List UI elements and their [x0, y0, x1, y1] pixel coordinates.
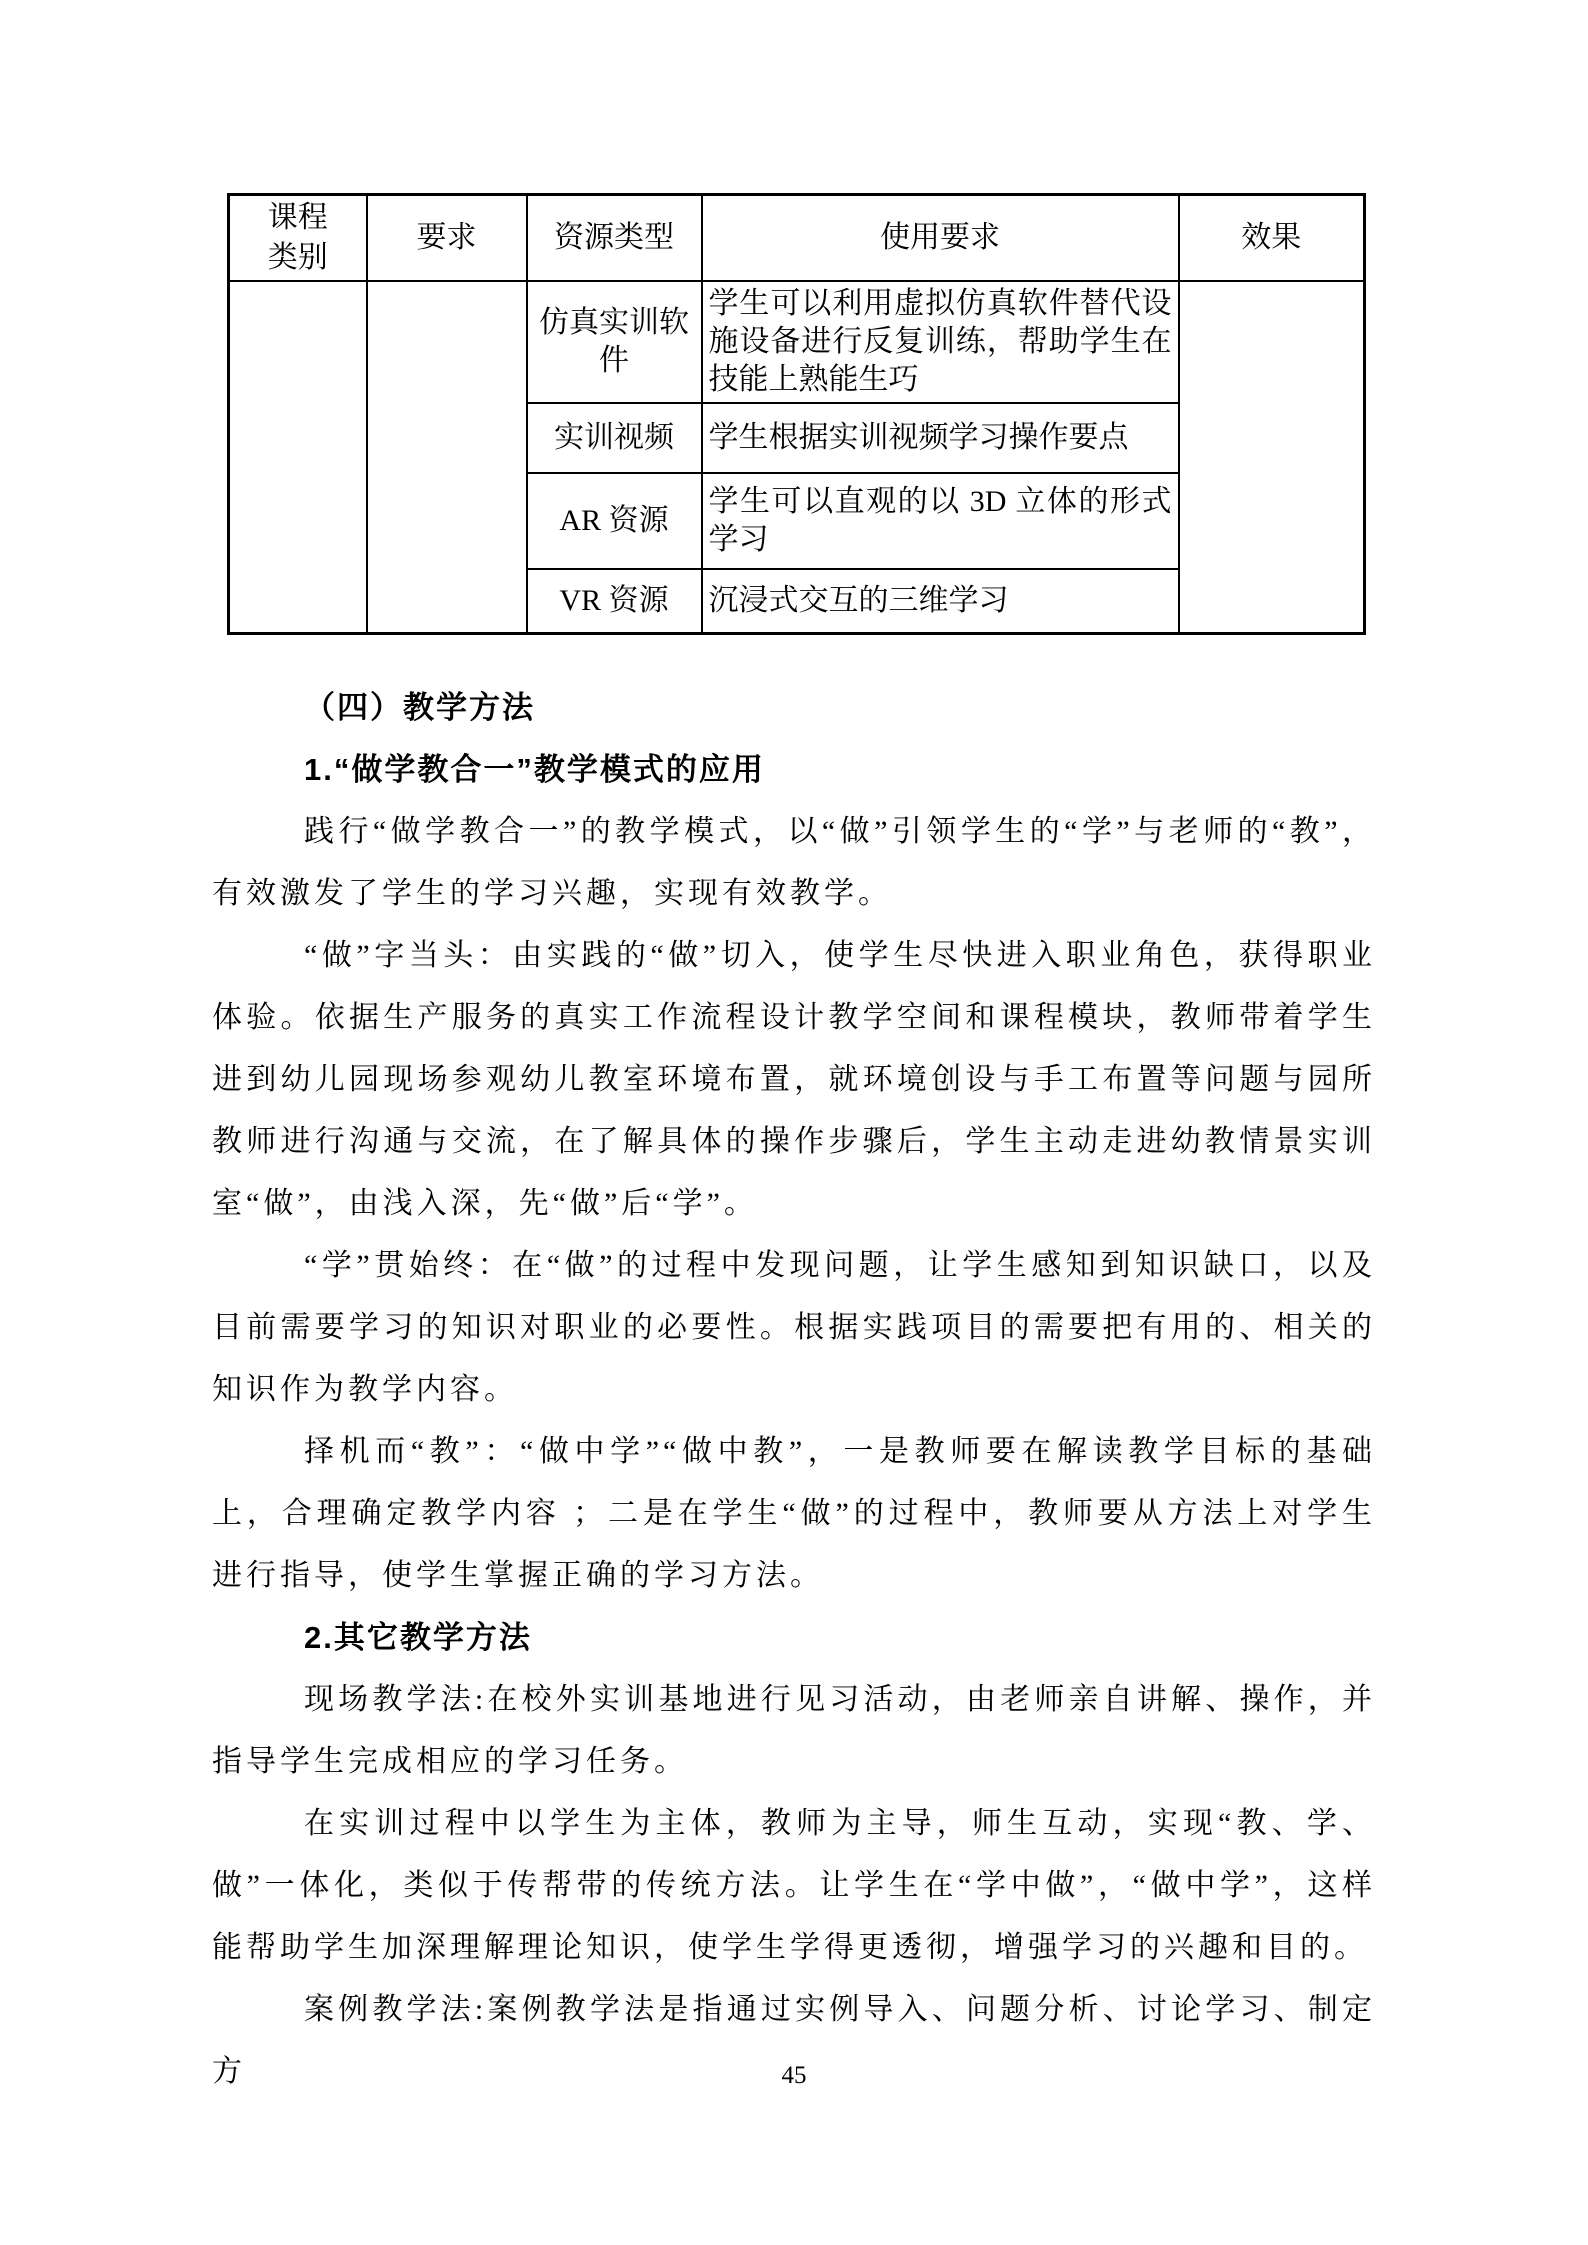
table-row: 仿真实训软件 学生可以利用虚拟仿真软件替代设施设备进行反复训练，帮助学生在技能上… [229, 281, 1365, 403]
col-header-effect: 效果 [1179, 195, 1365, 282]
document-page: 课程类别 要求 资源类型 使用要求 效果 仿真实训软件 学生可以利用虚拟仿真软件… [0, 0, 1588, 2245]
course-category-cell-empty [229, 281, 367, 633]
body-paragraph: 在实训过程中以学生为主体，教师为主导，师生互动，实现“教、学、做”一体化，类似于… [212, 1793, 1376, 1979]
body-paragraph: 践行“做学教合一”的教学模式，以“做”引领学生的“学”与老师的“教”，有效激发了… [212, 801, 1376, 925]
body-paragraph: “学”贯始终：在“做”的过程中发现问题，让学生感知到知识缺口，以及目前需要学习的… [212, 1235, 1376, 1421]
page-number: 45 [0, 2062, 1588, 2090]
col-header-course-category-label: 课程类别 [266, 198, 330, 278]
body-paragraph: 择机而“教”：“做中学”“做中教”，一是教师要在解读教学目标的基础上，合理确定教… [212, 1421, 1376, 1607]
col-header-requirement: 要求 [367, 195, 527, 282]
body-paragraph: 现场教学法:在校外实训基地进行见习活动，由老师亲自讲解、操作，并指导学生完成相应… [212, 1669, 1376, 1793]
resource-type-cell: 仿真实训软件 [527, 281, 702, 403]
col-header-resource-type: 资源类型 [527, 195, 702, 282]
usage-cell: 沉浸式交互的三维学习 [702, 569, 1179, 633]
usage-cell: 学生根据实训视频学习操作要点 [702, 403, 1179, 473]
resource-table: 课程类别 要求 资源类型 使用要求 效果 仿真实训软件 学生可以利用虚拟仿真软件… [227, 193, 1366, 635]
section-heading: （四）教学方法 [212, 677, 1376, 739]
usage-cell: 学生可以直观的以 3D 立体的形式学习 [702, 473, 1179, 569]
effect-cell-empty [1179, 281, 1365, 633]
resource-type-cell: 实训视频 [527, 403, 702, 473]
col-header-course-category: 课程类别 [229, 195, 367, 282]
sub-heading-1: 1.“做学教合一”教学模式的应用 [212, 739, 1376, 801]
sub-heading-2: 2.其它教学方法 [212, 1607, 1376, 1669]
usage-cell: 学生可以利用虚拟仿真软件替代设施设备进行反复训练，帮助学生在技能上熟能生巧 [702, 281, 1179, 403]
requirement-cell-empty [367, 281, 527, 633]
resource-type-cell: VR 资源 [527, 569, 702, 633]
table-header-row: 课程类别 要求 资源类型 使用要求 效果 [229, 195, 1365, 282]
resource-type-cell: AR 资源 [527, 473, 702, 569]
col-header-usage-requirement: 使用要求 [702, 195, 1179, 282]
body-paragraph: “做”字当头：由实践的“做”切入，使学生尽快进入职业角色，获得职业体验。依据生产… [212, 925, 1376, 1235]
